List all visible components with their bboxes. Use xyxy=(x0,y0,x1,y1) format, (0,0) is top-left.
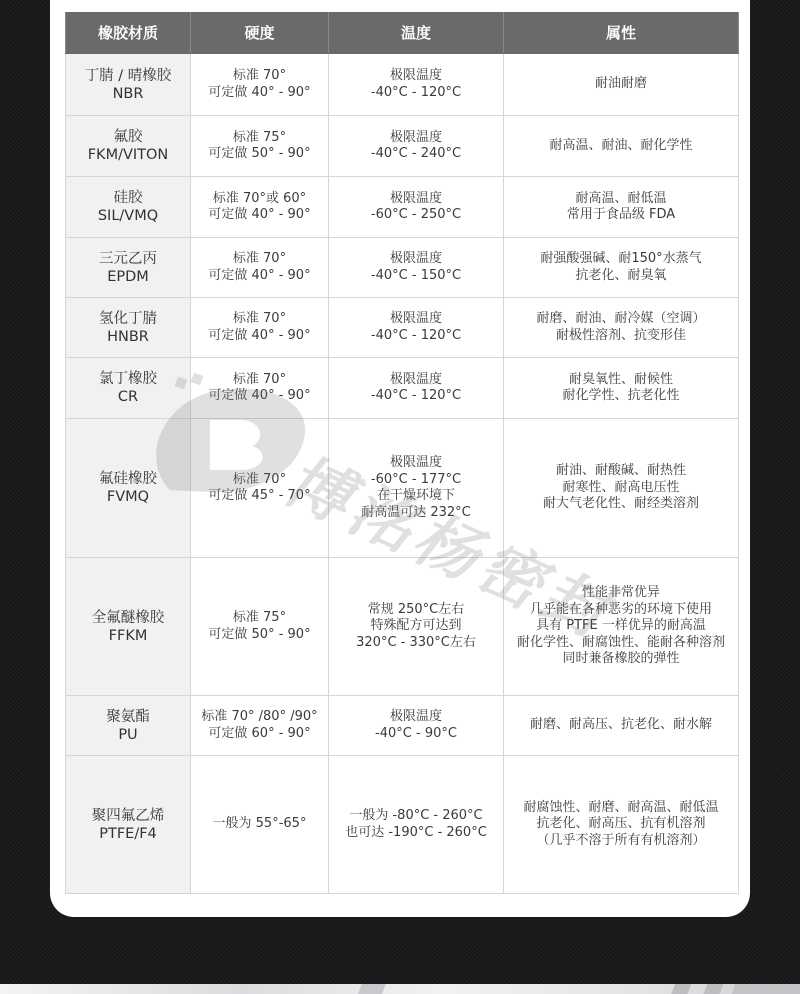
rubber-material-table: 橡胶材质 硬度 温度 属性 丁腈 / 晴橡胶 NBR 标准 70° 可定做 40… xyxy=(65,12,739,894)
table-row: 氟硅橡胶 FVMQ 标准 70° 可定做 45° - 70° 极限温度 -60°… xyxy=(66,419,739,558)
cell-material: 全氟醚橡胶 FFKM xyxy=(66,558,191,696)
cell-hardness: 一般为 55°-65° xyxy=(191,756,329,894)
cell-material: 聚氨酯 PU xyxy=(66,696,191,756)
header-temperature: 温度 xyxy=(329,13,504,54)
cell-properties: 耐油、耐酸碱、耐热性 耐寒性、耐高电压性 耐大气老化性、耐经类溶剂 xyxy=(504,419,739,558)
header-hardness: 硬度 xyxy=(191,13,329,54)
cell-temperature: 常规 250°C左右 特殊配方可达到 320°C - 330°C左右 xyxy=(329,558,504,696)
cell-temperature: 极限温度 -40°C - 120°C xyxy=(329,358,504,419)
table-body: 丁腈 / 晴橡胶 NBR 标准 70° 可定做 40° - 90° 极限温度 -… xyxy=(66,54,739,894)
cell-material: 聚四氟乙烯 PTFE/F4 xyxy=(66,756,191,894)
table-row: 聚四氟乙烯 PTFE/F4 一般为 55°-65° 一般为 -80°C - 26… xyxy=(66,756,739,894)
cell-properties: 耐腐蚀性、耐磨、耐高温、耐低温 抗老化、耐高压、抗有机溶剂 （几乎不溶于所有有机… xyxy=(504,756,739,894)
cell-hardness: 标准 70° 可定做 40° - 90° xyxy=(191,238,329,298)
cell-hardness: 标准 70° 可定做 40° - 90° xyxy=(191,298,329,358)
header-properties: 属性 xyxy=(504,13,739,54)
cell-properties: 耐油耐磨 xyxy=(504,54,739,116)
table-row: 全氟醚橡胶 FFKM 标准 75° 可定做 50° - 90° 常规 250°C… xyxy=(66,558,739,696)
table-row: 氢化丁腈 HNBR 标准 70° 可定做 40° - 90° 极限温度 -40°… xyxy=(66,298,739,358)
cell-temperature: 极限温度 -60°C - 177°C 在干燥环境下 耐高温可达 232°C xyxy=(329,419,504,558)
cell-temperature: 极限温度 -40°C - 150°C xyxy=(329,238,504,298)
cell-temperature: 极限温度 -40°C - 120°C xyxy=(329,298,504,358)
cell-temperature: 极限温度 -40°C - 90°C xyxy=(329,696,504,756)
cell-properties: 性能非常优异 几乎能在各种恶劣的环境下使用 具有 PTFE 一样优异的耐高温 耐… xyxy=(504,558,739,696)
cell-hardness: 标准 70° /80° /90° 可定做 60° - 90° xyxy=(191,696,329,756)
cell-properties: 耐强酸强碱、耐150°水蒸气 抗老化、耐臭氧 xyxy=(504,238,739,298)
cell-temperature: 极限温度 -40°C - 240°C xyxy=(329,116,504,177)
cell-hardness: 标准 70° 可定做 40° - 90° xyxy=(191,358,329,419)
table-row: 氯丁橡胶 CR 标准 70° 可定做 40° - 90° 极限温度 -40°C … xyxy=(66,358,739,419)
table-row: 氟胶 FKM/VITON 标准 75° 可定做 50° - 90° 极限温度 -… xyxy=(66,116,739,177)
cell-material: 氢化丁腈 HNBR xyxy=(66,298,191,358)
table-row: 丁腈 / 晴橡胶 NBR 标准 70° 可定做 40° - 90° 极限温度 -… xyxy=(66,54,739,116)
cell-properties: 耐高温、耐油、耐化学性 xyxy=(504,116,739,177)
cell-material: 硅胶 SIL/VMQ xyxy=(66,177,191,238)
cell-material: 氯丁橡胶 CR xyxy=(66,358,191,419)
cell-material: 三元乙丙 EPDM xyxy=(66,238,191,298)
cell-temperature: 一般为 -80°C - 260°C 也可达 -190°C - 260°C xyxy=(329,756,504,894)
cell-material: 氟硅橡胶 FVMQ xyxy=(66,419,191,558)
table-row: 聚氨酯 PU 标准 70° /80° /90° 可定做 60° - 90° 极限… xyxy=(66,696,739,756)
table-header-row: 橡胶材质 硬度 温度 属性 xyxy=(66,13,739,54)
table-row: 硅胶 SIL/VMQ 标准 70°或 60° 可定做 40° - 90° 极限温… xyxy=(66,177,739,238)
cell-hardness: 标准 75° 可定做 50° - 90° xyxy=(191,116,329,177)
cell-temperature: 极限温度 -60°C - 250°C xyxy=(329,177,504,238)
rubber-material-table-container: 橡胶材质 硬度 温度 属性 丁腈 / 晴橡胶 NBR 标准 70° 可定做 40… xyxy=(65,12,738,894)
cell-hardness: 标准 70°或 60° 可定做 40° - 90° xyxy=(191,177,329,238)
cell-hardness: 标准 70° 可定做 40° - 90° xyxy=(191,54,329,116)
cell-properties: 耐磨、耐高压、抗老化、耐水解 xyxy=(504,696,739,756)
cell-material: 氟胶 FKM/VITON xyxy=(66,116,191,177)
cell-properties: 耐高温、耐低温 常用于食品级 FDA xyxy=(504,177,739,238)
cell-properties: 耐臭氧性、耐候性 耐化学性、抗老化性 xyxy=(504,358,739,419)
cell-temperature: 极限温度 -40°C - 120°C xyxy=(329,54,504,116)
decorative-bottom-strip xyxy=(0,984,800,994)
cell-material: 丁腈 / 晴橡胶 NBR xyxy=(66,54,191,116)
header-material: 橡胶材质 xyxy=(66,13,191,54)
cell-hardness: 标准 75° 可定做 50° - 90° xyxy=(191,558,329,696)
cell-hardness: 标准 70° 可定做 45° - 70° xyxy=(191,419,329,558)
cell-properties: 耐磨、耐油、耐冷媒（空调） 耐极性溶剂、抗变形佳 xyxy=(504,298,739,358)
table-row: 三元乙丙 EPDM 标准 70° 可定做 40° - 90° 极限温度 -40°… xyxy=(66,238,739,298)
